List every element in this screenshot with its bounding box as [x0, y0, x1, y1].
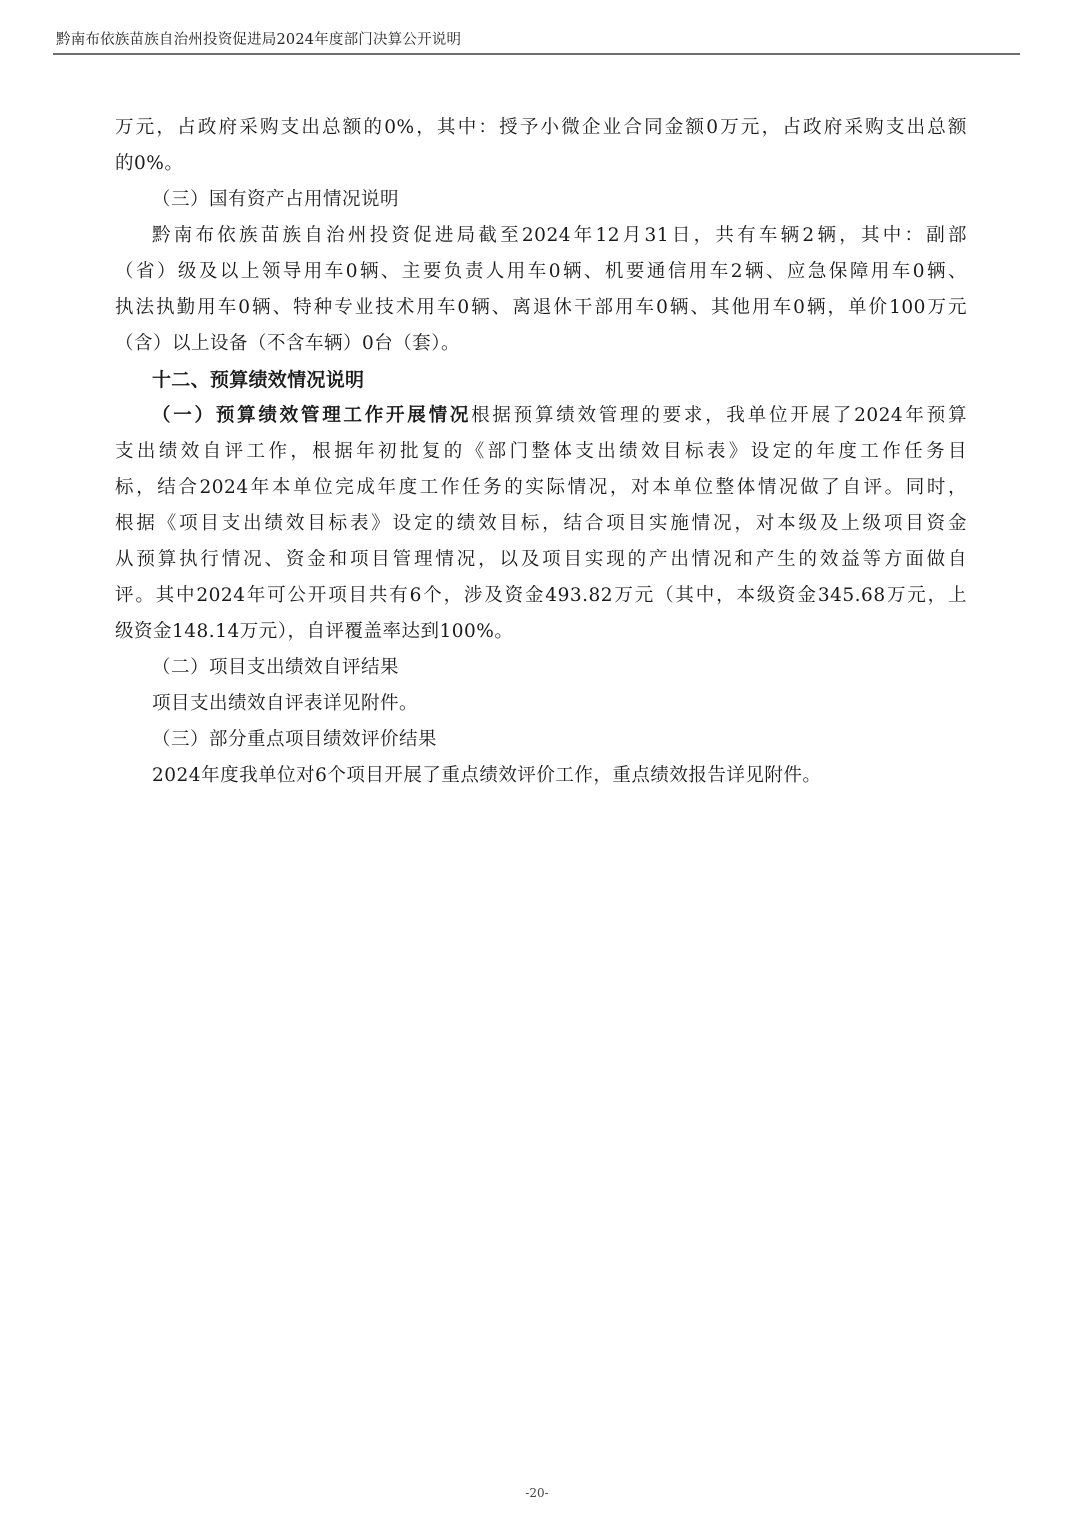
page-number: -20- — [0, 1486, 1074, 1500]
body-line: 评。其中2024年可公开项目共有6个，涉及资金493.82万元（其中，本级资金3… — [115, 578, 967, 614]
body-line: 执法执勤用车0辆、特种专业技术用车0辆、离退休干部用车0辆、其他用车0辆，单价1… — [115, 290, 967, 326]
document-body: 万元，占政府采购支出总额的0%，其中：授予小微企业合同金额0万元，占政府采购支出… — [115, 110, 967, 794]
body-line: 黔南布依族苗族自治州投资促进局截至2024年12月31日，共有车辆2辆，其中：副… — [115, 218, 967, 254]
subheading-key-project-eval: （三）部分重点项目绩效评价结果 — [115, 722, 967, 758]
body-line: 级资金148.14万元），自评覆盖率达到100%。 — [115, 614, 967, 650]
body-line: 从预算执行情况、资金和项目管理情况，以及项目实现的产出情况和产生的效益等方面做自 — [115, 542, 967, 578]
document-header-title: 黔南布依族苗族自治州投资促进局2024年度部门决算公开说明 — [56, 28, 461, 49]
body-line: 项目支出绩效自评表详见附件。 — [115, 686, 967, 722]
subheading-project-self-eval: （二）项目支出绩效自评结果 — [115, 650, 967, 686]
body-line: （省）级及以上领导用车0辆、主要负责人用车0辆、机要通信用车2辆、应急保障用车0… — [115, 254, 967, 290]
body-line: 的0%。 — [115, 146, 967, 182]
body-line: 标，结合2024年本单位完成年度工作任务的实际情况，对本单位整体情况做了自评。同… — [115, 470, 967, 506]
section-heading-state-assets: （三）国有资产占用情况说明 — [115, 182, 967, 218]
body-line: 支出绩效自评工作，根据年初批复的《部门整体支出绩效目标表》设定的年度工作任务目 — [115, 434, 967, 470]
section-heading-performance: 十二、预算绩效情况说明 — [115, 362, 967, 398]
body-line: 2024年度我单位对6个项目开展了重点绩效评价工作，重点绩效报告详见附件。 — [115, 758, 967, 794]
body-line: （含）以上设备（不含车辆）0台（套）。 — [115, 326, 967, 362]
body-line: （一）预算绩效管理工作开展情况根据预算绩效管理的要求，我单位开展了2024年预算 — [115, 398, 967, 434]
body-line: 万元，占政府采购支出总额的0%，其中：授予小微企业合同金额0万元，占政府采购支出… — [115, 110, 967, 146]
header-divider — [53, 53, 1020, 55]
subheading-performance-management: （一）预算绩效管理工作开展情况 — [152, 405, 471, 426]
body-text: 根据预算绩效管理的要求，我单位开展了2024年预算 — [471, 405, 967, 426]
body-line: 根据《项目支出绩效目标表》设定的绩效目标，结合项目实施情况，对本级及上级项目资金 — [115, 506, 967, 542]
